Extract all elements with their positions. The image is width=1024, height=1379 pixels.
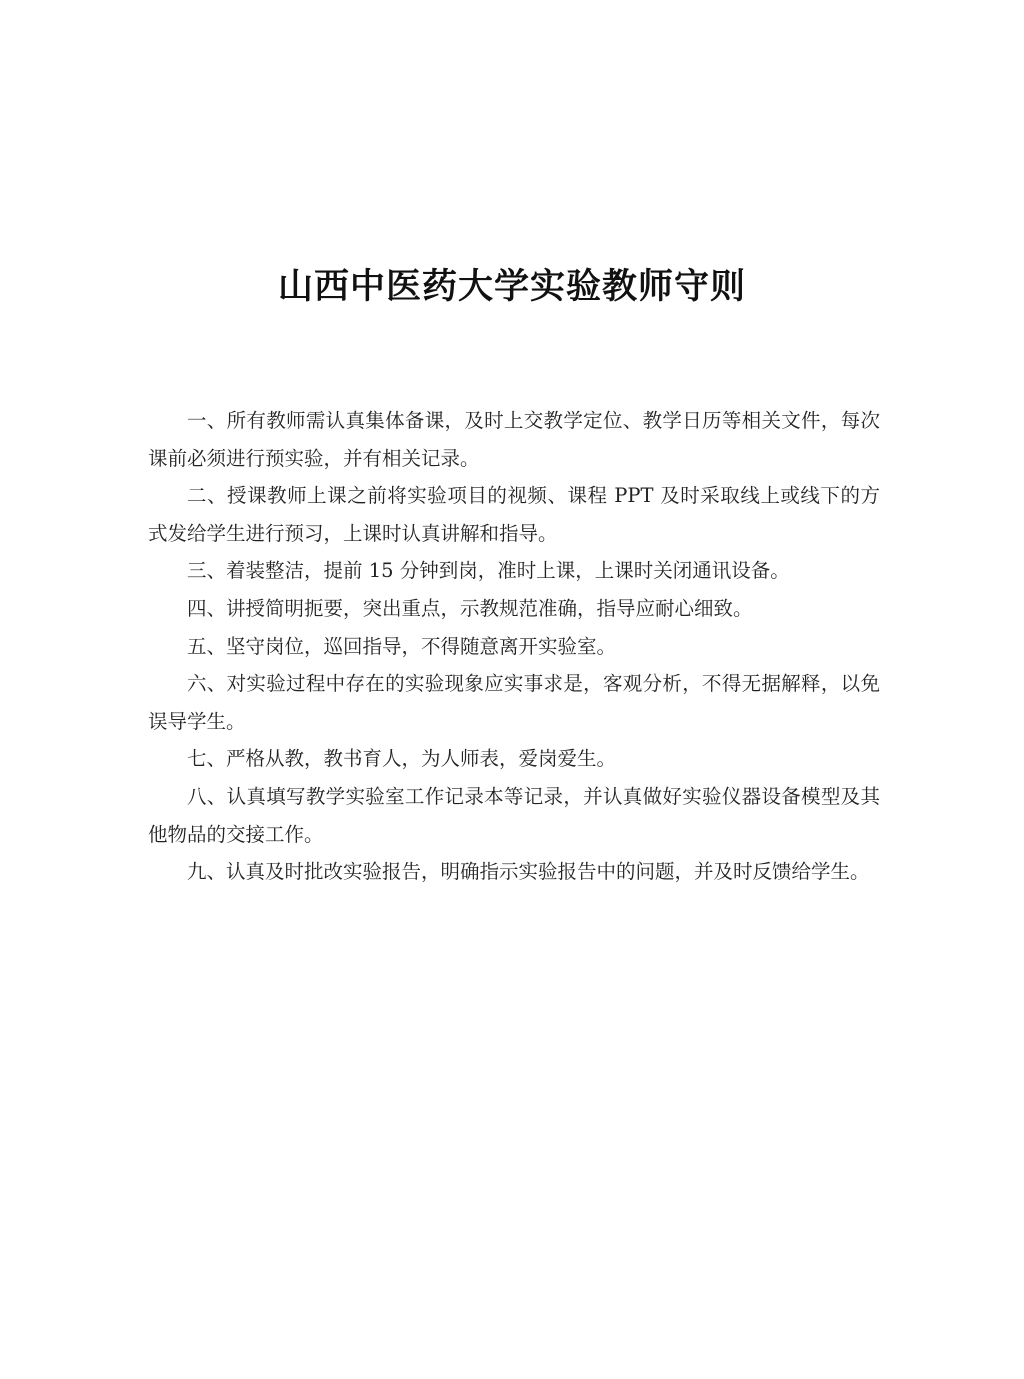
document-title: 山西中医药大学实验教师守则 [0, 262, 1024, 312]
rule-9: 九、认真及时批改实验报告，明确指示实验报告中的问题，并及时反馈给学生。 [148, 853, 880, 891]
rule-1: 一、所有教师需认真集体备课，及时上交教学定位、教学日历等相关文件，每次课前必须进… [148, 402, 880, 477]
document-page: 山西中医药大学实验教师守则 一、所有教师需认真集体备课，及时上交教学定位、教学日… [0, 0, 1024, 1379]
rule-7: 七、严格从教，教书育人，为人师表，爱岗爱生。 [148, 740, 880, 778]
rule-8: 八、认真填写教学实验室工作记录本等记录，并认真做好实验仪器设备模型及其他物品的交… [148, 778, 880, 853]
rule-2: 二、授课教师上课之前将实验项目的视频、课程 PPT 及时采取线上或线下的方式发给… [148, 477, 880, 552]
rule-6: 六、对实验过程中存在的实验现象应实事求是，客观分析，不得无据解释，以免误导学生。 [148, 665, 880, 740]
rules-list: 一、所有教师需认真集体备课，及时上交教学定位、教学日历等相关文件，每次课前必须进… [148, 402, 880, 891]
rule-4: 四、讲授简明扼要，突出重点，示教规范准确，指导应耐心细致。 [148, 590, 880, 628]
rule-5: 五、坚守岗位，巡回指导，不得随意离开实验室。 [148, 628, 880, 666]
rule-3: 三、着装整洁，提前 15 分钟到岗，准时上课，上课时关闭通讯设备。 [148, 552, 880, 590]
